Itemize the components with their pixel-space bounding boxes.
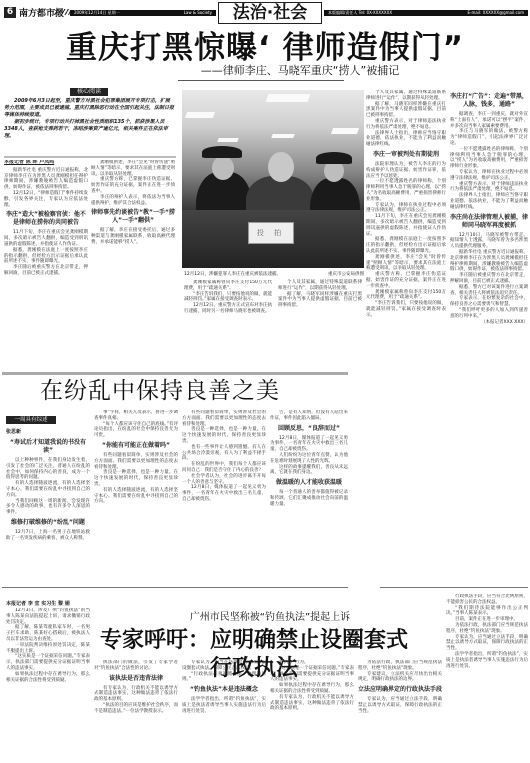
paragraph: 个人及其家属，通过特殊渠道联系律师进行“运作”，以期获得从轻处理。 — [366, 90, 446, 102]
feature-column-4: 告，是有人知情，但没有人站出来作证，事件因此陷入僵局。 回顾反思，“良辞而过” … — [270, 410, 348, 586]
paragraph: 重庆警方称，已掌握李庄伪造证据、妨害作证的充分证据，案件正在进一步侦查中。 — [366, 272, 446, 289]
paragraph: 龚刚模家属称曾向李庄支付150万元代理费，用于“疏通关系”。 — [184, 280, 272, 292]
paragraph: 11月下旬，李庄在重庆会见龚刚模期间，多次暗示被告人翻供，编造受到刑讯逼供的虚假… — [4, 230, 88, 247]
lead-column-3: 龚刚模家属称曾向李庄支付150万元代理费，用于“疏通关系”。 “李庄告诉我们，只… — [184, 280, 272, 370]
summary-paragraph: 据初步统计，专项行动共打掉黑社会性质组织135个，抓获涉黑人员3348人，查获枪… — [4, 119, 174, 140]
paragraph: 专家认为，应当通过立法手段，明确禁止以诱导方式取证，保障行政执法的正当性。 — [358, 697, 442, 714]
third-column-1: 12月3日，涉及广州“钓鱼执法”的当事人陈某向法院提起上诉，请求撤销行政处罚决定… — [6, 608, 90, 763]
paragraph: 善良是一种选择，也是一种力量。在这个快速发展的时代，保持善良更显珍贵。 — [182, 427, 266, 444]
paragraph: 个人及其家属，通过特殊渠道联系律师进行“运作”，以期获得从轻处理。 — [278, 280, 362, 292]
paragraph: 法学学者指出，所谓“钓鱼执法”，实质上是执法者诱导当事人实施违法行为后再进行处罚… — [446, 652, 528, 669]
header-bar-right: 本版编辑/责任人 Tel: 0X-XXXXXXX E-mail: XXXXXX@… — [324, 10, 528, 16]
paragraph: 法律界人士指出，律师应当恪守职业道德，依法执业，不能为了利益而触碰法律红线。 — [366, 131, 446, 148]
paragraph: 12月12日，重庆警方正式宣布对李庄执行逮捕，同时另一名律师马晓军也被调查。 — [184, 303, 272, 315]
paragraph: 如果执法过程中存在诱导行为，那么相关证据的合法性将受到质疑。 — [6, 672, 90, 684]
lead-headline: 重庆打黑惊曝‘ 律师造假门” — [0, 30, 530, 66]
lead-column-5: 个人及其家属，通过特殊渠道联系律师进行“运作”，以期获得从轻处理。 据了解，马晓… — [366, 90, 446, 590]
paragraph: 12月7日，上海一名男子在地铁站救助了一名突发疾病的乘客，被众人称赞。 — [6, 530, 90, 542]
feature-column-1: “寿试后才知道我说的书没有读” 以上种种事件，在我们身边发生着，引发了社会的广泛… — [6, 436, 90, 586]
paragraph: 专家认为，应当通过立法手段，明确禁止以诱导方式取证，保障行政执法的正当性。 — [446, 635, 528, 652]
summary-paragraph: 2009年6月3日起至，重庆警方对黑社会犯罪集团展开专项打击，扩展势力范围，主要… — [4, 98, 174, 119]
paragraph: 有的人选择随波逐流，有的人选择坚守本心。我们需要在纷乱中寻找到自己的方向。 — [6, 481, 90, 498]
paragraph: 有专家认为，行政机关不能以诱导方式制造违法事实，这种做法违背了依法行政的基本原则… — [270, 695, 354, 712]
lead-column-6: 李庄打“广告”：走遍“带黑，人脉，钱多，通路” 据调查，李庄一到重庆，就对外宣称… — [450, 90, 528, 586]
paragraph: 重庆警方表示，对于律师违法执业行为将依法严肃处理，绝不姑息。 — [450, 182, 528, 194]
paragraph: 在纷乱的世界中，我们每个人都应该问问自己：我们是否守住了内心的良善？ — [182, 462, 266, 474]
subtitle: 李庄尚在法律管理人被捕，律师同马晓军再度被抓 — [450, 214, 528, 230]
paragraph: 一位不愿透露姓名的律师称，个别律师利用当事人急于脱罪的心理，以“捞人”为名收取高… — [366, 179, 446, 202]
lead-column-4: 个人及其家属，通过特殊渠道联系律师进行“运作”，以期获得从轻处理。 据了解，马晓… — [278, 90, 362, 370]
paragraph: 法院审理认为，被告人李庄的行为构成辩护人伪造证据、妨害作证罪，依法应当予以惩处。 — [366, 162, 446, 179]
lead-subhead: ——律师李庄、马晓军重庆“捞人”被捕记 — [150, 64, 450, 78]
paragraph: 12月10日，马晓军被警方带走。据知情人士透露，马晓军曾为多名涉黑人员提供代理服… — [450, 233, 528, 250]
paragraph: 专家认为，律师在执业过程中必须遵守法律法规，维护司法公正。 — [450, 170, 528, 182]
paragraph: “每个人都应该守住自己的底线。”有评论员指出，在纷乱的社会中保持良善尤为可贵。 — [94, 422, 178, 439]
officer-left-face — [212, 156, 234, 180]
paragraph: 重庆警方表示，对于律师违法执业行为将依法严肃处理，绝不姑息。 — [366, 119, 446, 131]
paragraph: 这样的故事提醒我们，善良从未远离，它就在我们身边。 — [270, 465, 348, 477]
paragraph: 李庄随后被重庆警方在北京带走，押解回渝，目前已被正式逮捕。 — [4, 265, 88, 277]
paragraph: 事”字样，相关人员表示，将进一步调查事件真相。 — [94, 410, 178, 422]
paragraph: 也有一些事件让人感到遗憾。有人在公共场合冷漠旁观，有人为了利益不择手段。 — [182, 445, 266, 462]
paragraph: 法律界人士指出，律师应当恪守职业道德，依法执业，不能为了利益而触碰法律红线。 — [450, 193, 528, 210]
paragraph: 据新华社电 重庆警方近日通报称，北京律师李庄在为涉黑人员龚刚模担任辩护律师期间，… — [4, 168, 88, 191]
lead-byline: 本报记者 陈 晖 卢凤鸣 — [4, 160, 88, 166]
paragraph: 有的人选择随波逐流，有的人选择坚守本心。我们需要在纷乱中寻找到自己的方向。 — [94, 488, 178, 505]
paragraph: 据悉，龚刚模在法庭上一度按照李庄的指示翻供，但经检方出示证据后承认此前所述不实，… — [4, 248, 88, 265]
feature-author: 张思新 — [6, 428, 21, 435]
paragraph: 李庄随后被重庆警方在北京带走，押解回渝，目前已被正式逮捕。 — [450, 273, 528, 285]
paragraph: 李庄与马晓军的做法，被警方称为“律师造假门”，引起法律界广泛讨论。 — [450, 129, 528, 146]
paragraph: 一审法院判决维持原处罚决定，陈某不服提出上诉。 — [6, 643, 90, 655]
paragraph: 据悉，龚刚模在法庭上一度按照李庄的指示翻供，但经检方出示证据后承认此前所述不实，… — [366, 237, 446, 254]
feature-column-3: 有些问题看似简单，实则涉及社会的方方面面。我们需要以更加理性的态度去看待和处理。… — [182, 410, 266, 586]
subtitle: 立法应明确界定的行政执法手段 — [358, 686, 442, 694]
paragraph: 如果执法过程中存在诱导行为，那么相关证据的合法性将受到质疑。 — [270, 683, 354, 695]
subtitle: 做温暖的人才能收获温暖 — [270, 479, 348, 487]
section-divider — [2, 372, 348, 375]
paragraph: 据了解，陈某驾驶私家车时，一名男子拦车求助，陈某好心搭载后，被执法人员以非法营运… — [6, 625, 90, 642]
subhead-rule — [178, 80, 344, 81]
paragraph: 专家建议，立法机关应尽快出台相关规定，明确行政执法的边界。 — [358, 672, 442, 684]
paragraph: “这实质是一个证据采信问题。”专家表示，执法部门需要提供充分证据证明当事人的违法… — [270, 666, 354, 683]
paragraph: 据新华社电 重庆警方近日通报称，北京律师李庄在为涉黑人员龚刚模担任辩护律师期间，… — [450, 250, 528, 273]
paragraph: 11月下旬，李庄在重庆会见龚刚模期间，多次暗示被告人翻供，编造受到刑讯逼供的虚假… — [366, 214, 446, 237]
paragraph: 12月8日，媒体报道了一起见义勇为事件，一名青年在火灾中救出三名儿童，自己却被烧… — [270, 436, 348, 453]
contact-email: E-mail: XXXXXX@gmail.com — [467, 9, 524, 17]
paragraph: 有专家认为，行政机关不能以诱导方式制造违法事实，这种做法违背了依法行政的基本原则… — [94, 686, 178, 703]
paragraph: 有些问题看似简单，实则涉及社会的方方面面。我们需要以更加理性的态度去看待和处理。 — [182, 410, 266, 427]
paragraph: 告，是有人知情，但没有人站出来作证，事件因此陷入僵局。 — [270, 410, 348, 422]
ceiling-light — [217, 138, 238, 142]
paragraph: 龚刚模家属称曾向李庄支付150万元代理费，用于“疏通关系”。 — [366, 290, 446, 302]
issue-date: 2009年12月14日 星期一 — [74, 9, 120, 17]
page-number: 6 — [4, 7, 16, 18]
section-divider — [2, 587, 348, 588]
summary-box: 核心阅读 2009年6月3日起至，重庆警方对黑社会犯罪集团展开专项打击，扩展势力… — [4, 88, 174, 154]
third-column-3: 专家认为，应当在法律层面明确禁止设圈套式执法，保障公民合法权益。 “行政执法必须… — [182, 660, 266, 763]
subtitle: “你能有可能正在做着吗” — [94, 442, 178, 450]
paragraph: 据悉，警方已对该案件进行立案调查，相关责任人将被依法追究责任。 — [450, 285, 528, 297]
subtitle: 李庄“造大”被检察官侦：他不是律师在捞你的共同被告 — [4, 211, 88, 227]
paragraph: 重庆警方称，已掌握李庄伪造证据、妨害作证的充分证据，案件正在进一步侦查中。 — [91, 177, 175, 194]
paragraph: “我们呼吁更多的人加入到传递善意的行列中来。” — [450, 308, 528, 320]
third-column-6: 行政执法手段，应当符合比例原则，不能损害公民的合法权益。 “我们期待法院能够作出… — [446, 594, 528, 763]
third-column-5: 为依法行政，执法部门应当规范执法程序，杜绝“钓鱼执法”现象。 专家建议，立法机关… — [358, 660, 442, 763]
third-kicker: 广州市民坚称被“钓鱼执法”提起上诉 — [150, 612, 390, 624]
paragraph: 善良是一种选择，也是一种力量。在这个快速发展的时代，保持善良更显珍贵。 — [94, 470, 178, 487]
paragraph: 为依法行政，执法部门应当规范执法程序，杜绝“钓鱼执法”现象。 — [446, 623, 528, 635]
paragraph: 一位不愿透露姓名的律师称，个别律师利用当事人急于脱罪的心理，以“捞人”为名收取高… — [450, 147, 528, 170]
ceiling-light — [185, 112, 215, 118]
paragraph: 以上种种事件，在我们身边发生着，引发了社会的广泛关注。普通人在纷乱的社会中，如何… — [6, 458, 90, 481]
third-byline: 本报记者 李 宜 实习生 黎 娟 — [6, 600, 70, 607]
paragraph: 社会学者认为，社会的进步离不开每一个人的善意与坚守。 — [182, 474, 266, 486]
section-title: 法治·社会 — [218, 2, 322, 24]
paragraph: 据了解，李庄在接受委托后，通过多种渠道与龚刚模家属联系，收取高额代理费，并承诺能… — [91, 228, 175, 245]
paragraph: 龚刚模供述，李庄“会见”时曾传递“照顾人情”等暗示，要求其在法庭上称遭受刑讯，以… — [91, 160, 175, 177]
paragraph: 每一个普通人的善举都值得被记录和传颂，它们汇聚成推动社会向前的温暖力量。 — [270, 490, 348, 507]
editor-info: 本版编辑/责任人 Tel: 0X-XXXXXXX — [328, 9, 392, 17]
caption-text: 12月12日，涉嫌犯罪人李庄在重庆被依法逮捕。 — [184, 272, 281, 277]
subtitle: 回顾反思，“良辞而过” — [270, 425, 348, 433]
summary-title: 核心阅读 — [70, 88, 108, 96]
paragraph: 行政执法手段，应当符合比例原则，不能损害公民的合法权益。 — [446, 594, 528, 606]
paragraph: 执法部门的做法，引发了专家学者对“钓鱼执法”合法性的讨论。 — [94, 660, 178, 672]
hatch-decoration — [54, 9, 70, 15]
section-divider — [380, 587, 528, 588]
paragraph: “行政执法必须遵循合法、合理的原则。” — [182, 672, 266, 684]
third-column-2: 执法部门的做法，引发了专家学者对“钓鱼执法”合法性的讨论。 该执法是否违背法律 … — [94, 660, 178, 763]
divider — [4, 156, 176, 158]
paragraph: “李庄告诉我们，只要按他说的做，就能减轻刑罚。”家属在接受调查时表示。 — [366, 301, 446, 318]
paragraph: 据了解，马晓军同样涉嫌在重庆打黑案件中为当事人提供虚假证据，目前已被刑事拘留。 — [278, 292, 362, 309]
lead-column-1: 本报记者 陈 晖 卢凤鸣 据新华社电 重庆警方近日通报称，北京律师李庄在为涉黑人… — [4, 160, 88, 370]
subtitle: “钓鱼执法”本是违法概念 — [182, 686, 266, 694]
feature-headline: 在纷乱中保持良善之美 — [40, 376, 280, 406]
subtitle: 李庄打“广告”：走遍“带黑，人脉，钱多，通路” — [450, 93, 528, 109]
paragraph: 12月3日，涉及广州“钓鱼执法”的当事人陈某向法院提起上诉，请求撤销行政处罚决定… — [6, 608, 90, 625]
paragraph: 人们纷纷为这位青年点赞，认为他在危难时刻展现了人性的光辉。 — [270, 453, 348, 465]
subtitle: 该执法是否违背法律 — [94, 675, 178, 683]
subtitle: 维修打破维修的“纷乱”问题 — [6, 519, 90, 527]
paragraph: 12月8日，媒体报道了一起见义勇为事件，一名青年在火灾中救出三名儿童，自己却被烧… — [182, 485, 266, 502]
spacer — [278, 90, 362, 280]
paragraph: 当我们回顾这一周的新闻，会发现许多令人感动的故事，也有许多令人深思的事件。 — [6, 499, 90, 516]
paragraph: 龚刚模供述，李庄“会见”时曾传递“照顾人情”等暗示，要求其在法庭上称遭受刑讯，以… — [366, 255, 446, 272]
paragraph: 为依法行政，执法部门应当规范执法程序，杜绝“钓鱼执法”现象。 — [358, 660, 442, 672]
third-column-4: 业执法”行为。 “这实质是一个证据采信问题。”专家表示，执法部门需要提供充分证据… — [270, 660, 354, 763]
paragraph: “这实质是一个证据采信问题。”专家表示，执法部门需要提供充分证据证明当事人的违法… — [6, 654, 90, 671]
officer-left-cap — [202, 146, 242, 158]
feature-column-2: 事”字样，相关人员表示，将进一步调查事件真相。 “每个人都应该守住自己的底线。”… — [94, 410, 178, 586]
paragraph: “我们期待法院能够作出公正判决。”当事人陈某表示。 — [446, 606, 528, 618]
paragraph: 据了解，马晓军同样涉嫌在重庆打黑案件中为当事人提供虚假证据，目前已被刑事拘留。 — [366, 102, 446, 119]
subtitle: 律师事先约谈被告“教”一手“捞人”一手“翻供” — [91, 209, 175, 225]
paragraph: 12月12日，“律师造假门”事件持续发酵，引发各界关注，专家认为应依法处理。 — [4, 191, 88, 208]
paragraph: “执法的目的应该是维护社会秩序，而不是制造违法。”一位法学教授表示。 — [94, 703, 178, 715]
lead-column-2: 龚刚模供述，李庄“会见”时曾传递“照顾人情”等暗示，要求其在法庭上称遭受刑讯，以… — [91, 160, 175, 370]
paragraph: 法学学者指出，所谓“钓鱼执法”，实质上是执法者诱导当事人实施违法行为后再进行处罚… — [182, 697, 266, 714]
paragraph: 有些问题看似简单，实则涉及社会的方方面面。我们需要以更加理性的态度去看待和处理。 — [94, 453, 178, 470]
paragraph: 专家表示，在纷繁复杂的社会中，保持良善之心需要勇气和智慧。 — [450, 296, 528, 308]
subtitle: “寿试后才知道我说的书没有读” — [6, 439, 90, 455]
paragraph: 据调查，李庄一到重庆，就对外宣称“上面有人”，承诺可以“摆平”案件，并多次向当事… — [450, 112, 528, 129]
paragraph: 专家认为，应当在法律层面明确禁止设圈套式执法，保障公民合法权益。 — [182, 660, 266, 672]
story-credit: （本报记者XXX XXX） — [450, 320, 528, 326]
subtitle: 李庄一审被判处有期徒刑 — [366, 151, 446, 159]
column-label: 一周具有综述 — [6, 416, 56, 424]
paragraph: “李庄告诉我们，只要按他说的做，就能减轻刑罚。”家属在接受调查时表示。 — [184, 292, 272, 304]
section-english: Law & Society — [184, 9, 212, 17]
masthead: 6 南方都市报 2009年12月14日 星期一 Law & Society 法治… — [2, 2, 528, 28]
paragraph: 李庄的辩护人表示，将依法为当事人提供辩护，维护其合法权益。 — [91, 195, 175, 207]
header-bar-left: 2009年12月14日 星期一 Law & Society — [70, 10, 216, 16]
paragraph: 专家认为，律师在执业过程中必须遵守法律法规，维护司法公正。 — [366, 203, 446, 215]
